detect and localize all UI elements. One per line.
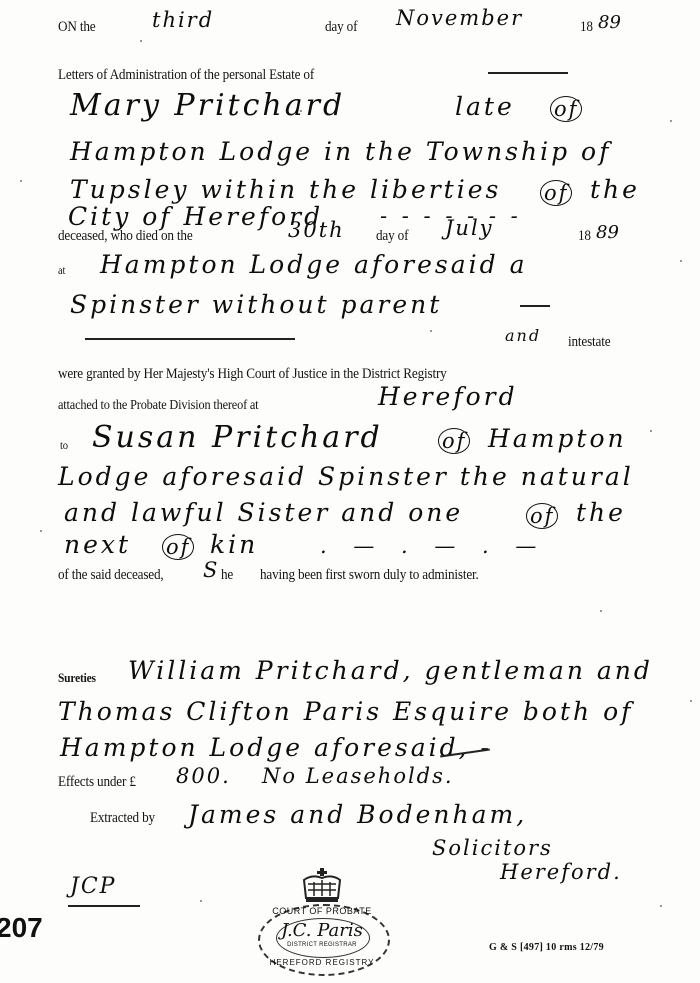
paper-speck (300, 110, 302, 112)
sureties-label: Sureties (58, 670, 96, 686)
paper-speck (660, 905, 662, 907)
deceased-address-line2: Tupsley within the liberties (70, 175, 501, 204)
filler-dash (520, 305, 550, 307)
death-year-hand: 89 (596, 222, 619, 243)
effects-amount: 800. (176, 764, 231, 788)
death-year-printed: 18 (578, 228, 591, 245)
oath-pronoun-printed: he (221, 567, 233, 584)
effects-label: Effects under £ (58, 774, 136, 791)
paper-speck (20, 180, 22, 182)
paper-speck (650, 430, 652, 432)
administrator-line1-end: Hampton (488, 424, 627, 453)
crown-icon (302, 868, 342, 904)
paper-speck (600, 610, 602, 612)
sureties-line2: Thomas Clifton Paris Esquire both of (58, 697, 633, 726)
intestate-word: intestate (568, 334, 610, 351)
intestate-and: and (505, 326, 541, 345)
grant-year-printed: 18 (580, 19, 593, 36)
extracted-line2: Solicitors (432, 836, 553, 860)
death-mid: day of (376, 228, 408, 245)
deceased-name: Mary Pritchard (70, 88, 345, 123)
filler-line (85, 338, 295, 340)
paper-speck (40, 530, 42, 532)
administrator-line2: Lodge aforesaid Spinster the natural (58, 462, 634, 491)
probate-court-stamp: COURT OF PROBATE J.C. Paris DISTRICT REG… (258, 868, 388, 976)
registry-name: Hereford (378, 382, 518, 411)
grant-day: third (152, 8, 214, 32)
oath-pronoun-hand: S (203, 558, 219, 582)
paper-speck (670, 120, 672, 122)
of-circled-3: of (438, 428, 470, 454)
extracted-label: Extracted by (90, 810, 155, 827)
estate-line: Letters of Administration of the persona… (58, 67, 314, 84)
oath-prefix: of the said deceased, (58, 567, 164, 584)
of-circled-5: of (162, 534, 194, 560)
paper-speck (680, 260, 682, 262)
deceased-address-line3: City of Hereford (68, 202, 323, 231)
paper-speck (690, 700, 692, 702)
oath-suffix: having been first sworn duly to administ… (260, 567, 479, 584)
stamp-bottom-text: HEREFORD REGISTRY (258, 958, 386, 967)
kin-dashes: . — . — . — (320, 534, 546, 558)
paper-speck (430, 330, 432, 332)
place-prefix: at (58, 263, 65, 278)
initials-underline (68, 905, 140, 907)
address-line2-end: the (590, 175, 640, 204)
date-prefix: ON the (58, 19, 95, 36)
administrator-line4-start: next (64, 530, 131, 559)
paper-speck (140, 40, 142, 42)
extracted-line3: Hereford. (500, 860, 622, 884)
stamp-top-text: COURT OF PROBATE (258, 906, 386, 916)
deceased-address-line1: Hampton Lodge in the Township of (70, 137, 611, 166)
extracted-line1: James and Bodenham, (188, 800, 527, 829)
administrator-line4-end: kin (210, 530, 258, 559)
of-circled: of (550, 96, 582, 122)
place-of-death-line2: Spinster without parent (70, 290, 442, 319)
of-circled-2: of (540, 180, 572, 206)
death-day: 30th (288, 218, 345, 242)
to-prefix: to (60, 438, 68, 453)
grant-line2: attached to the Probate Division thereof… (58, 398, 258, 414)
stamp-registrar-name: J.C. Paris (276, 920, 368, 941)
grant-line1: were granted by Her Majesty's High Court… (58, 366, 447, 383)
death-month: July (445, 216, 494, 240)
administrator-line3: and lawful Sister and one (64, 498, 463, 527)
death-prefix: deceased, who died on the (58, 228, 193, 245)
of-circled-4: of (526, 503, 558, 529)
stamp-registrar-title: DISTRICT REGISTRAR (276, 942, 368, 948)
date-mid: day of (325, 19, 357, 36)
place-of-death-line1: Hampton Lodge aforesaid a (100, 250, 528, 279)
administrator-name: Susan Pritchard (92, 420, 383, 455)
paper-speck (200, 900, 202, 902)
margin-entry-number: 207 (0, 912, 43, 944)
printer-mark: G & S [497] 10 rms 12/79 (489, 942, 604, 953)
late-word: late (455, 92, 515, 121)
grant-year-hand: 89 (598, 12, 621, 33)
administrator-line3-end: the (576, 498, 626, 527)
filler-dash (488, 72, 568, 74)
grant-month: November (396, 6, 523, 30)
sureties-line3: Hampton Lodge aforesaid, - (60, 733, 492, 762)
sureties-line1: William Pritchard, gentleman and (128, 656, 653, 685)
effects-note: No Leaseholds. (262, 764, 454, 788)
clerk-initials: JCP (70, 874, 116, 899)
